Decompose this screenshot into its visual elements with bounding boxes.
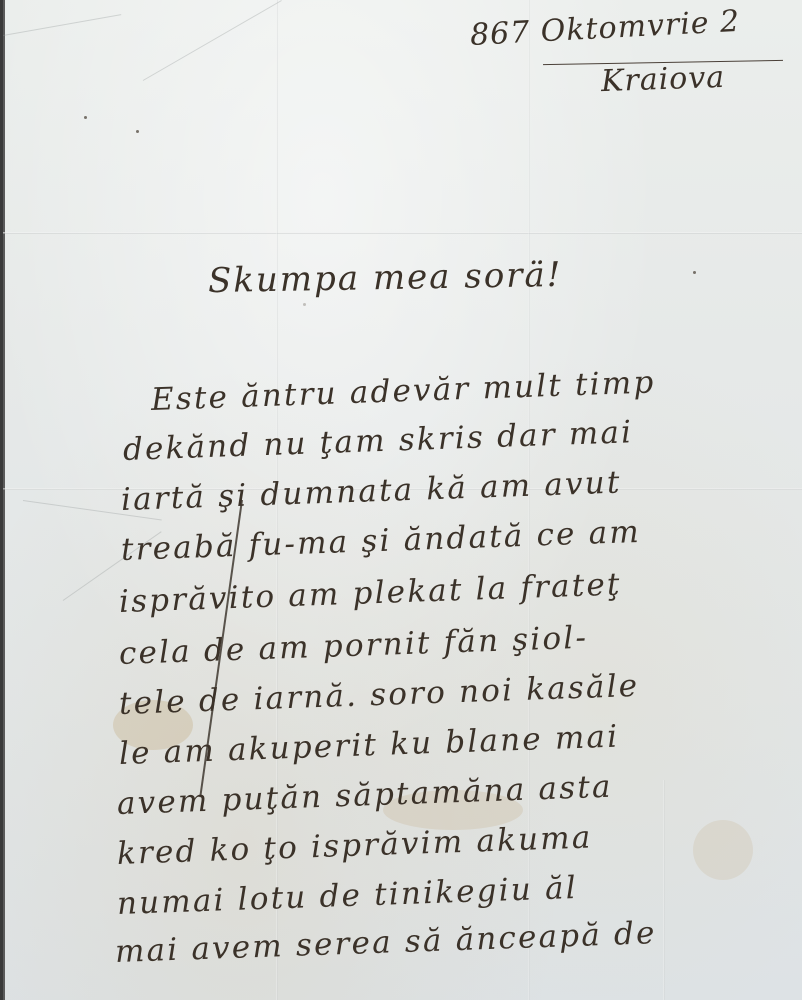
body-line: numai lotu de tinikegiu ăl	[116, 870, 578, 922]
salutation: Skumpa mea sorä!	[208, 255, 563, 301]
body-line: avem puţăn săptamăna asta	[116, 769, 613, 822]
body-line: kred ko ţo isprăvim akuma	[116, 819, 593, 872]
body-line: tele de iarnă. soro noi kasăle	[118, 668, 640, 722]
ink-speck	[136, 130, 139, 133]
body-line: treabă fu-ma şi ăndată ce am	[120, 514, 641, 568]
body-line: mai avem serea să ănceapă de	[114, 915, 657, 970]
fold-crease	[3, 232, 802, 234]
fold-crease	[663, 780, 665, 1000]
letter-place: Kraiova	[600, 60, 725, 99]
wrinkle	[143, 0, 282, 81]
ink-speck	[303, 303, 306, 306]
body-line: iartă şi dumnata kă am avut	[120, 465, 622, 518]
body-line: Este ăntru adevăr mult timp	[150, 364, 656, 418]
foxing-stain	[693, 820, 753, 880]
letter-date: 867 Oktomvrie 2	[469, 4, 741, 53]
wrinkle	[3, 14, 121, 36]
body-line: isprăvito am plekat la frateţ	[118, 566, 622, 620]
ink-speck	[84, 116, 87, 119]
body-line: cela de am pornit făn şiol-	[118, 620, 588, 672]
body-line: dekănd nu ţam skris dar mai	[122, 414, 633, 468]
ink-speck	[693, 271, 696, 274]
letter-page: 867 Oktomvrie 2 Kraiova Skumpa mea sorä!…	[3, 0, 802, 1000]
body-line: le am akuperit ku blane mai	[118, 719, 619, 772]
